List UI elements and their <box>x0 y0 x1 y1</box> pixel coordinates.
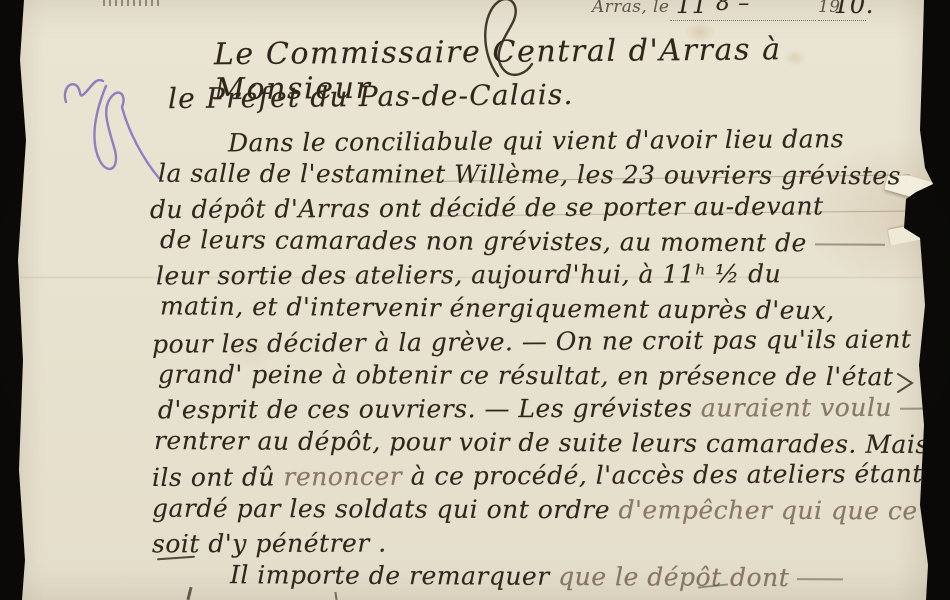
handwritten-segment: grand' peine à obtenir ce résultat, en p… <box>158 359 894 391</box>
cut-off-next-line-stroke <box>334 592 337 600</box>
handwritten-line: soit d'y pénétrer . <box>152 525 926 561</box>
handwritten-line: Il importe de remarquer que le dépôt don… <box>230 558 926 595</box>
handwritten-segment: leur sortie des ateliers, aujourd'hui, à… <box>156 259 781 290</box>
handwritten-line: d'esprit de ces ouvriers. — Les gréviste… <box>158 391 926 427</box>
handwritten-segment: à ce procédé, l'accès des ateliers étant <box>402 459 923 491</box>
scanned-letter-page: Arras, le 11 8 – 19 10. Le Commissaire C… <box>0 0 950 600</box>
date-dotted-rule <box>818 20 866 21</box>
handwritten-segment: la salle de l'estaminet Willème, les 23 … <box>158 158 901 190</box>
handwritten-line: rentrer au dépôt, pour voir de suite leu… <box>154 423 926 461</box>
handwritten-segment: d'esprit de ces ouvriers. — Les gréviste… <box>158 393 701 424</box>
handwritten-line: du dépôt d'Arras ont décidé de se porter… <box>150 189 926 227</box>
printed-place-label: Arras, le <box>592 0 669 17</box>
dateline: Arras, le 11 8 – 19 10. <box>0 0 950 30</box>
handwritten-line: ils ont dû renoncer à ce procédé, l'accè… <box>152 457 926 495</box>
handwritten-year-suffix: 10. <box>834 0 874 19</box>
handwritten-line: de leurs camarades non grévistes, au mom… <box>160 222 926 260</box>
handwritten-segment: du dépôt d'Arras ont décidé de se porter… <box>150 192 824 225</box>
paper-sheet: Arras, le 11 8 – 19 10. Le Commissaire C… <box>0 0 950 600</box>
date-dotted-rule <box>670 20 816 21</box>
handwritten-segment: ils ont dû <box>152 462 284 492</box>
handwritten-day: 11 <box>676 0 708 19</box>
handwritten-line: gardé par les soldats qui ont ordre d'em… <box>152 491 926 527</box>
handwritten-line: Dans le conciliabule qui vient d'avoir l… <box>228 122 926 160</box>
body-lines: Dans le conciliabule qui vient d'avoir l… <box>150 124 926 593</box>
handwritten-line: matin, et d'intervenir énergiquement aup… <box>160 289 926 328</box>
handwritten-line: la salle de l'estaminet Willème, les 23 … <box>158 156 926 192</box>
pen-chevron-stroke <box>897 372 915 394</box>
handwritten-line: pour les décider à la grève. — On ne cro… <box>152 322 926 361</box>
handwritten-segment: pour les décider à la grève. — On ne cro… <box>152 324 912 358</box>
handwritten-segment: que le dépôt dont <box>558 561 789 591</box>
handwritten-line: grand' peine à obtenir ce résultat, en p… <box>158 357 926 393</box>
handwritten-segment: matin, et d'intervenir énergiquement aup… <box>160 291 835 325</box>
handwritten-segment: Dans le conciliabule qui vient d'avoir l… <box>228 124 844 157</box>
handwritten-segment: rentrer au dépôt, pour voir de suite leu… <box>154 425 929 458</box>
handwritten-segment: soit d'y pénétrer . <box>152 529 387 559</box>
handwritten-segment: gardé par les soldats qui ont ordre <box>152 493 619 524</box>
handwritten-segment: de leurs camarades non grévistes, au mom… <box>160 224 807 256</box>
handwritten-segment: Il importe de remarquer <box>230 560 558 591</box>
handwritten-segment: d'empêcher qui que ce <box>618 495 917 525</box>
handwritten-segment: auraient voulu <box>701 393 892 423</box>
handwritten-month: 8 – <box>716 0 750 16</box>
salutation-line-2: le Préfet du Pas-de-Calais. <box>168 78 574 115</box>
handwritten-line: leur sortie des ateliers, aujourd'hui, à… <box>156 257 926 293</box>
handwritten-segment: renoncer <box>283 462 402 492</box>
